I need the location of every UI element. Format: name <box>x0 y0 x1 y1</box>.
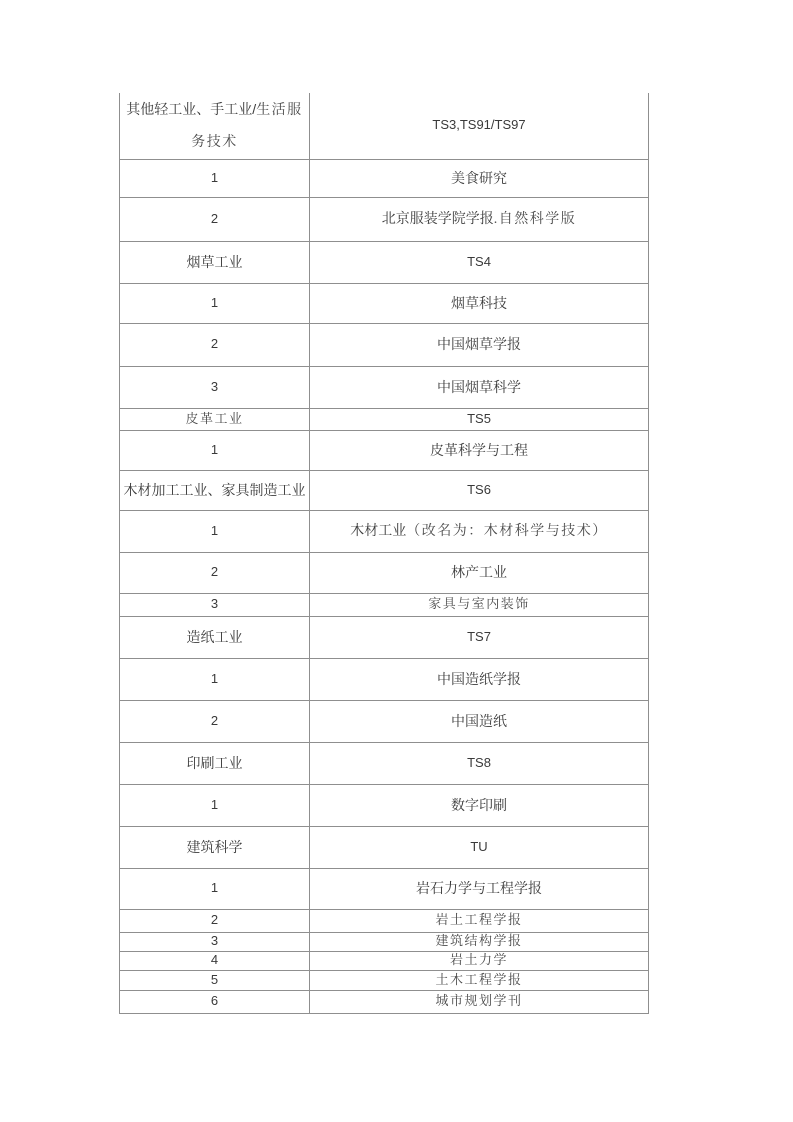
code-cell: TS5 <box>310 408 649 430</box>
category-cell: 其他轻工业、手工业/生活服务技术 <box>120 93 310 159</box>
category-cell: 木材加工工业、家具制造工业 <box>120 470 310 510</box>
journal-cell: 城市规划学刊 <box>310 990 649 1013</box>
index-cell: 3 <box>120 932 310 951</box>
index-cell: 1 <box>120 658 310 700</box>
table-row: 木材加工工业、家具制造工业 TS6 <box>120 470 649 510</box>
table-row: 1 木材工业（改名为：木材科学与技术） <box>120 510 649 552</box>
code-cell: TS6 <box>310 470 649 510</box>
journal-cell: 中国烟草学报 <box>310 323 649 366</box>
category-cell: 造纸工业 <box>120 616 310 658</box>
journal-cell: 北京服装学院学报.自然科学版 <box>310 197 649 241</box>
journal-cell: 建筑结构学报 <box>310 932 649 951</box>
table-row: 3 建筑结构学报 <box>120 932 649 951</box>
code-cell: TS3,TS91/TS97 <box>310 93 649 159</box>
table-row: 2 岩土工程学报 <box>120 909 649 932</box>
table-row: 1 皮革科学与工程 <box>120 430 649 470</box>
journal-cell: 美食研究 <box>310 159 649 197</box>
table-row: 1 中国造纸学报 <box>120 658 649 700</box>
index-cell: 1 <box>120 868 310 909</box>
table-row: 烟草工业 TS4 <box>120 241 649 283</box>
index-cell: 6 <box>120 990 310 1013</box>
table-row: 2 林产工业 <box>120 552 649 593</box>
table-row: 3 中国烟草科学 <box>120 366 649 408</box>
code-cell: TS8 <box>310 742 649 784</box>
journal-cell: 中国造纸学报 <box>310 658 649 700</box>
code-cell: TU <box>310 826 649 868</box>
document-page: 其他轻工业、手工业/生活服务技术 TS3,TS91/TS97 1 美食研究 2 … <box>0 0 793 1122</box>
table-row: 5 土木工程学报 <box>120 970 649 990</box>
category-cell: 烟草工业 <box>120 241 310 283</box>
index-cell: 1 <box>120 430 310 470</box>
index-cell: 2 <box>120 552 310 593</box>
table-row: 6 城市规划学刊 <box>120 990 649 1013</box>
journal-cell: 林产工业 <box>310 552 649 593</box>
journal-cell: 中国造纸 <box>310 700 649 742</box>
table-row: 3 家具与室内装饰 <box>120 593 649 616</box>
index-cell: 3 <box>120 593 310 616</box>
journal-cell: 岩石力学与工程学报 <box>310 868 649 909</box>
index-cell: 2 <box>120 197 310 241</box>
index-cell: 4 <box>120 951 310 970</box>
code-cell: TS4 <box>310 241 649 283</box>
journal-cell: 家具与室内装饰 <box>310 593 649 616</box>
index-cell: 1 <box>120 784 310 826</box>
table-row: 4 岩土力学 <box>120 951 649 970</box>
index-cell: 2 <box>120 323 310 366</box>
journal-table: 其他轻工业、手工业/生活服务技术 TS3,TS91/TS97 1 美食研究 2 … <box>119 93 649 1014</box>
code-cell: TS7 <box>310 616 649 658</box>
journal-cell: 烟草科技 <box>310 283 649 323</box>
category-cell: 建筑科学 <box>120 826 310 868</box>
table-row: 其他轻工业、手工业/生活服务技术 TS3,TS91/TS97 <box>120 93 649 159</box>
table-row: 2 中国造纸 <box>120 700 649 742</box>
table-row: 印刷工业 TS8 <box>120 742 649 784</box>
table-row: 1 美食研究 <box>120 159 649 197</box>
table-row: 皮革工业 TS5 <box>120 408 649 430</box>
table-row: 1 数字印刷 <box>120 784 649 826</box>
journal-cell: 数字印刷 <box>310 784 649 826</box>
table-row: 1 烟草科技 <box>120 283 649 323</box>
category-cell: 皮革工业 <box>120 408 310 430</box>
index-cell: 1 <box>120 159 310 197</box>
journal-cell: 土木工程学报 <box>310 970 649 990</box>
index-cell: 2 <box>120 909 310 932</box>
index-cell: 5 <box>120 970 310 990</box>
table-row: 2 中国烟草学报 <box>120 323 649 366</box>
journal-cell: 木材工业（改名为：木材科学与技术） <box>310 510 649 552</box>
journal-cell: 岩土力学 <box>310 951 649 970</box>
table-row: 造纸工业 TS7 <box>120 616 649 658</box>
index-cell: 1 <box>120 283 310 323</box>
category-cell: 印刷工业 <box>120 742 310 784</box>
table-row: 2 北京服装学院学报.自然科学版 <box>120 197 649 241</box>
index-cell: 2 <box>120 700 310 742</box>
table-row: 建筑科学 TU <box>120 826 649 868</box>
journal-cell: 皮革科学与工程 <box>310 430 649 470</box>
index-cell: 1 <box>120 510 310 552</box>
journal-cell: 岩土工程学报 <box>310 909 649 932</box>
journal-cell: 中国烟草科学 <box>310 366 649 408</box>
table-row: 1 岩石力学与工程学报 <box>120 868 649 909</box>
index-cell: 3 <box>120 366 310 408</box>
